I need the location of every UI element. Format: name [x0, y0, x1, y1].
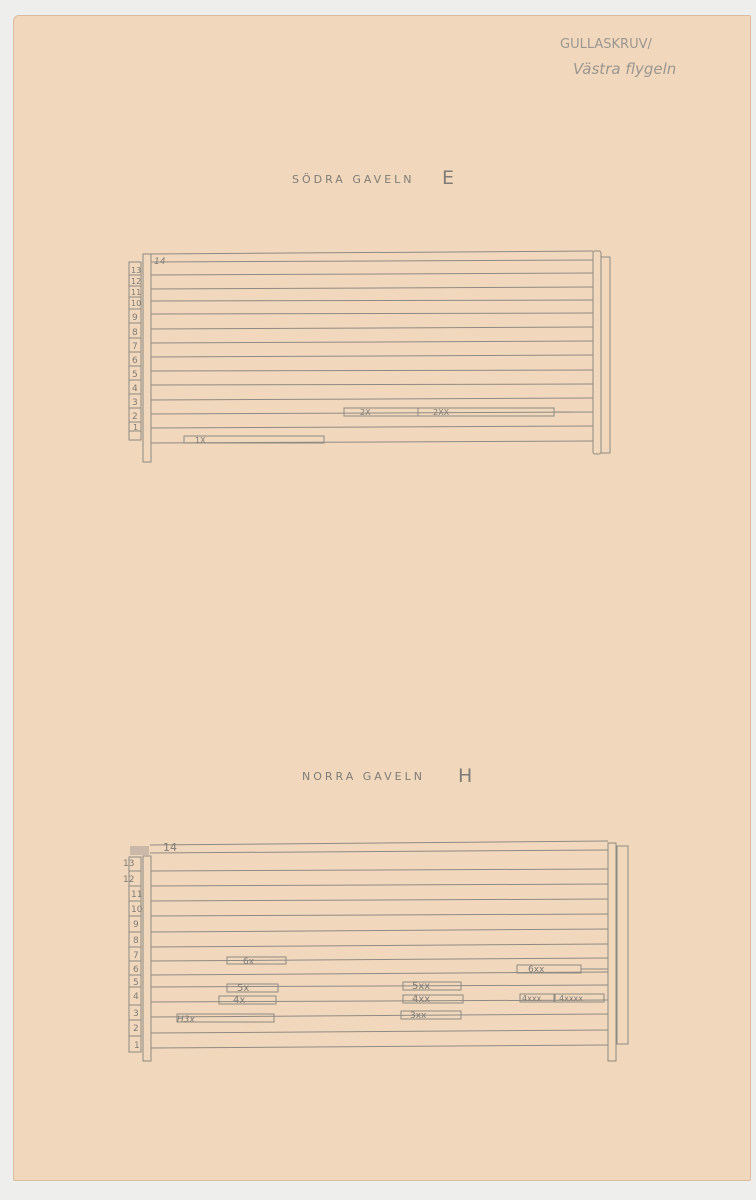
- corner-note-line2: Västra flygeln: [573, 60, 676, 78]
- mark-label: 2XX: [433, 408, 450, 417]
- row-number: 2: [132, 412, 138, 422]
- row-number: 12: [131, 277, 141, 286]
- wall-e-right-post-outer: [601, 257, 610, 453]
- mark-label: 4xx: [412, 994, 430, 1005]
- row-number: 10: [131, 905, 143, 915]
- mark-box: [227, 984, 278, 992]
- row-number: 12: [123, 875, 134, 885]
- mark-label: 3xx: [410, 1011, 427, 1021]
- row-number: 3: [132, 398, 138, 408]
- mark-label: 4xxx: [522, 994, 542, 1003]
- wall-h-right-post-outer: [617, 846, 628, 1044]
- row-number: 7: [132, 342, 138, 352]
- wall-h-log-lines: [150, 841, 608, 1048]
- row-number: 7: [133, 951, 139, 961]
- wall-h-title: NORRA GAVELN H: [302, 765, 475, 787]
- row-number: 5: [132, 370, 138, 380]
- wall-e-right-post: [593, 251, 601, 454]
- row-number: 2: [133, 1024, 139, 1034]
- mark-label: 5x: [237, 983, 249, 994]
- row-number: 10: [131, 299, 141, 308]
- mark-label: 2X: [360, 408, 371, 417]
- row-number: 1: [133, 423, 138, 432]
- row-number: 9: [132, 313, 138, 323]
- corner-note: GULLASKRUV/ Västra flygeln: [560, 37, 676, 78]
- wall-h-row-numbers: 13 12 11 10 9 8 7 6 5 4 3 2 1: [123, 859, 143, 1051]
- row-number: 4: [133, 992, 139, 1002]
- mark-label: 1X: [195, 436, 206, 445]
- wall-h-letter: H: [458, 765, 475, 787]
- wall-h-elevation: 14 13 12 11 10 9 8 7 6 5 4 3 2 1 6x 6xx: [123, 841, 628, 1061]
- mark-label: 6xx: [528, 965, 545, 975]
- wall-h-left-post: [143, 856, 151, 1061]
- mark-box: [344, 408, 418, 416]
- row-number: 6: [133, 965, 139, 975]
- corner-note-line1: GULLASKRUV/: [560, 37, 652, 52]
- row-number: 8: [132, 328, 138, 338]
- wall-e-letter: E: [442, 167, 457, 189]
- row-number: 5: [133, 978, 139, 988]
- row-number: 8: [133, 936, 139, 946]
- row-number: 11: [131, 890, 142, 900]
- wall-h-right-post: [608, 843, 616, 1061]
- wall-e-log-lines: [151, 251, 593, 443]
- mark-label: 4xxxx: [559, 994, 583, 1003]
- wall-e-title: SÖDRA GAVELN E: [292, 167, 457, 189]
- wall-h-hatched-cap: [130, 846, 149, 855]
- row-number: 4: [132, 384, 138, 394]
- wall-e-elevation: 14 13 12 11 10 9 8 7 6 5 4 3 2 1 2X 2XX …: [129, 251, 610, 462]
- row-number: 3: [133, 1009, 139, 1019]
- wall-e-left-post: [143, 254, 151, 462]
- wall-h-top-log-label: 14: [163, 841, 177, 854]
- row-number: 9: [133, 920, 139, 930]
- row-number: 11: [131, 288, 141, 297]
- drawing-canvas: GULLASKRUV/ Västra flygeln SÖDRA GAVELN …: [0, 0, 756, 1200]
- row-number: 1: [134, 1041, 140, 1051]
- wall-h-title-text: NORRA GAVELN: [302, 770, 425, 783]
- wall-e-row-numbers: 13 12 11 10 9 8 7 6 5 4 3 2 1: [131, 266, 141, 432]
- wall-e-top-log-label: 14: [154, 257, 166, 267]
- mark-label: 6x: [243, 957, 255, 967]
- wall-e-title-text: SÖDRA GAVELN: [292, 173, 415, 186]
- row-number: 13: [123, 859, 134, 869]
- row-number: 13: [131, 266, 141, 275]
- mark-label: 4x: [233, 995, 245, 1006]
- mark-label: 5xx: [412, 981, 430, 992]
- row-number: 6: [132, 356, 138, 366]
- mark-box: [219, 996, 276, 1004]
- mark-label: H3x: [177, 1015, 195, 1025]
